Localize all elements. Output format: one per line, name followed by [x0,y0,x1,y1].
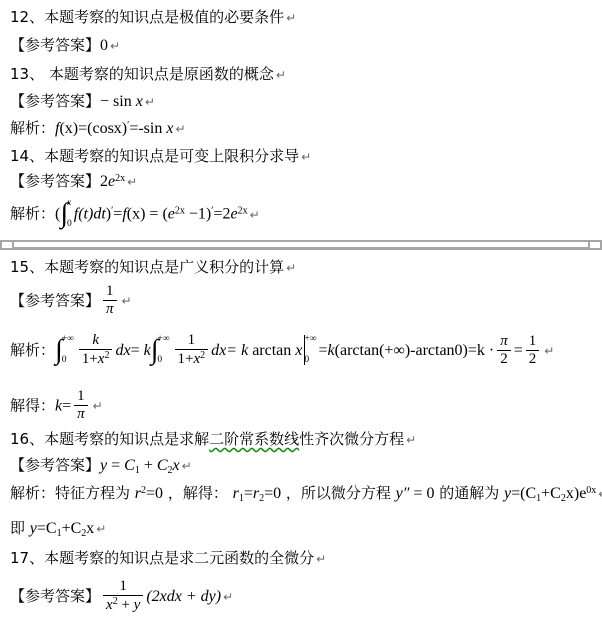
q14-analysis-line: 解析：(∫x0f(t)dt)′=f(x) = (e2x −1)′=2e2x↵ [10,198,260,230]
exponent: 0x [586,485,596,496]
q15-answer-line: 【参考答案】1π↵ [10,283,132,319]
answer-label: 【参考答案】 [10,92,100,110]
math-token: 1+ [82,351,98,367]
upper-limit: +∞ [157,335,169,345]
math-token: =(C [511,485,536,502]
math-token: arctan [248,342,295,359]
numerator: 1 [103,283,117,300]
fraction: 1π [103,283,117,319]
numerator: 1 [103,578,143,595]
analysis-label: 解析：特征方程为 [10,484,135,502]
text-token: ，解得： [163,484,233,502]
text-token: 的通解为 [434,484,504,502]
math-token: =0 [146,485,163,502]
math-token: C [157,457,168,474]
exponent: 2 [200,350,205,361]
numerator: 1 [526,333,540,350]
math-token: =C [37,520,57,537]
denominator: 2 [497,350,511,368]
math-token: e [168,206,175,223]
math-token: +C [541,485,561,502]
math-token: −1) [185,206,211,223]
fraction: k1+x2 [79,332,113,369]
q12-answer-line: 【参考答案】0↵ [10,36,120,55]
q14-title: 14、本题考察的知识点是可变上限积分求导 [10,147,299,165]
math-token: 1+ [178,351,194,367]
math-token: + [140,457,157,474]
q14-answer-line: 【参考答案】2e2x↵ [10,172,137,191]
fraction: 12 [526,333,540,369]
math-token: C [124,457,135,474]
answer-label: 【参考答案】 [10,36,100,54]
math-token: (arctan(+∞)-arctan0)=k · [335,342,495,359]
math-token: =0 [264,485,281,502]
lower-limit: 0 [304,356,316,366]
paragraph-mark: ↵ [406,433,416,447]
q15-title: 15、本题考察的知识点是广义积分的计算 [10,258,284,276]
paragraph-mark: ↵ [127,175,137,189]
page-break-divider [0,239,602,253]
q12-answer-value: 0 [100,37,108,54]
q13-title-line: 13、 本题考察的知识点是原函数的概念↵ [10,65,286,83]
math-token: + [118,597,134,613]
exponent: 2 [104,350,109,361]
q16-analysis-line: 解析：特征方程为 r2=0 ，解得： r1=r2=0 ，所以微分方程 y″ = … [10,484,602,505]
page-break-bracket-left [0,240,14,250]
q16-title-grammar-squiggle: 二阶常系数线 [209,430,299,448]
paragraph-mark: ↵ [175,122,185,136]
denominator: π [103,300,117,318]
numerator: 1 [74,388,88,405]
math-token: (x)=(cosx) [59,120,127,137]
q13-title: 13、 本题考察的知识点是原函数的概念 [10,65,274,83]
q17-title-line: 17、本题考察的知识点是求二元函数的全微分↵ [10,549,326,567]
math-token: x [295,342,302,359]
q17-answer-line: 【参考答案】1x2 + y(2xdx + dy)↵ [10,578,233,615]
paragraph-mark: ↵ [122,294,132,308]
math-token: f(t)dt [74,206,106,223]
math-token: x [86,520,94,537]
q15-title-line: 15、本题考察的知识点是广义积分的计算↵ [10,258,296,276]
math-token: dx [115,342,130,359]
paragraph-mark: ↵ [110,39,120,53]
q16-title-line: 16、本题考察的知识点是求解二阶常系数线性齐次微分方程↵ [10,430,416,448]
numerator: 1 [175,332,209,349]
solve-label: 解得： [10,396,55,414]
answer-label: 【参考答案】 [10,291,100,309]
q12-title-line: 12、本题考察的知识点是极值的必要条件↵ [10,8,296,26]
numerator: π [497,333,511,350]
math-token: k [144,342,151,359]
math-token: y″ [396,485,410,502]
fraction: 1x2 + y [103,578,143,615]
q12-title: 12、本题考察的知识点是极值的必要条件 [10,8,284,26]
paragraph-mark: ↵ [301,150,311,164]
paragraph-mark: ↵ [544,344,554,358]
numerator: k [79,332,113,349]
paragraph-mark: ↵ [145,95,155,109]
text-token: 即 [10,519,30,537]
page-break-line-bottom [0,247,602,250]
math-token: e [230,206,237,223]
text-token: ，所以微分方程 [281,484,396,502]
upper-limit: +∞ [62,335,74,345]
math-token: = [107,457,124,474]
denominator: 1+x2 [175,349,209,368]
exponent: 2x [175,206,185,217]
q13-analysis-line: 解析：f(x)=(cosx)′=-sin x↵ [10,119,186,138]
integral-limits: +∞0 [62,334,74,366]
answer-label: 【参考答案】 [10,456,100,474]
math-token: x [106,597,113,613]
paragraph-mark: ↵ [598,487,602,501]
math-token: = [319,342,328,359]
lower-limit: 0 [62,356,74,366]
math-token: y [30,520,37,537]
math-token: 2 [100,173,108,190]
paragraph-mark: ↵ [250,208,260,222]
page-break-line-top [0,240,602,242]
math-token: x [173,457,180,474]
fraction: 1π [74,388,88,424]
math-token: =-sin [129,120,166,137]
math-token: = [113,206,122,223]
q13-answer-x: x [136,93,143,110]
integral-limits: +∞0 [157,334,169,366]
denominator: x2 + y [103,595,143,614]
paragraph-mark: ↵ [276,68,286,82]
math-token: (x) = ( [127,206,168,223]
analysis-label: 解析： [10,119,55,137]
q16-answer-line: 【参考答案】y = C1 + C2x↵ [10,456,192,477]
exponent: 2x [115,173,125,184]
page-break-bracket-right [588,240,602,250]
math-token: x)e [566,485,586,502]
math-token: x [166,120,173,137]
paragraph-mark: ↵ [316,552,326,566]
math-token: (2xdx + dy) [146,588,221,605]
q16-title-post: 性齐次微分方程 [299,430,404,448]
q13-answer-line: 【参考答案】− sin x↵ [10,92,155,111]
math-token: y [134,597,141,613]
fraction: 11+x2 [175,332,209,369]
answer-label: 【参考答案】 [10,587,100,605]
paragraph-mark: ↵ [96,522,106,536]
q16-conclusion-line: 即 y=C1+C2x↵ [10,519,106,540]
math-token: = [514,342,523,359]
q15-solve-line: 解得：k=1π↵ [10,388,103,424]
integral-limits: x0 [67,198,72,230]
q14-title-line: 14、本题考察的知识点是可变上限积分求导↵ [10,147,311,165]
answer-label: 【参考答案】 [10,172,100,190]
math-token: = [62,397,71,414]
q17-title: 17、本题考察的知识点是求二元函数的全微分 [10,549,314,567]
fraction: π2 [497,333,511,369]
paragraph-mark: ↵ [93,399,103,413]
paragraph-mark: ↵ [286,11,296,25]
document-page: 12、本题考察的知识点是极值的必要条件↵ 【参考答案】0↵ 13、 本题考察的知… [0,0,602,624]
denominator: π [74,405,88,423]
upper-limit: x [67,199,72,209]
exponent: 2x [238,206,248,217]
denominator: 1+x2 [79,349,113,368]
math-token: +C [62,520,82,537]
math-token: dx= [211,342,241,359]
math-token: k [328,342,335,359]
q13-answer-sin: − sin [100,93,136,110]
paragraph-mark: ↵ [182,459,192,473]
analysis-label: 解析： [10,205,55,223]
evaluation-limits: +∞0 [304,334,316,366]
math-token: = [244,485,253,502]
q15-analysis-line: 解析：∫+∞0k1+x2dx= k∫+∞011+x2dx= k arctan x… [10,332,554,369]
math-token: = [131,342,144,359]
paragraph-mark: ↵ [223,590,233,604]
lower-limit: 0 [157,356,169,366]
paragraph-mark: ↵ [286,261,296,275]
lower-limit: 0 [67,220,72,230]
math-token: = 0 [409,485,434,502]
q16-title-pre: 16、本题考察的知识点是求解 [10,430,209,448]
math-token: =2 [213,206,230,223]
analysis-label: 解析： [10,341,55,359]
upper-limit: +∞ [304,335,316,345]
denominator: 2 [526,350,540,368]
